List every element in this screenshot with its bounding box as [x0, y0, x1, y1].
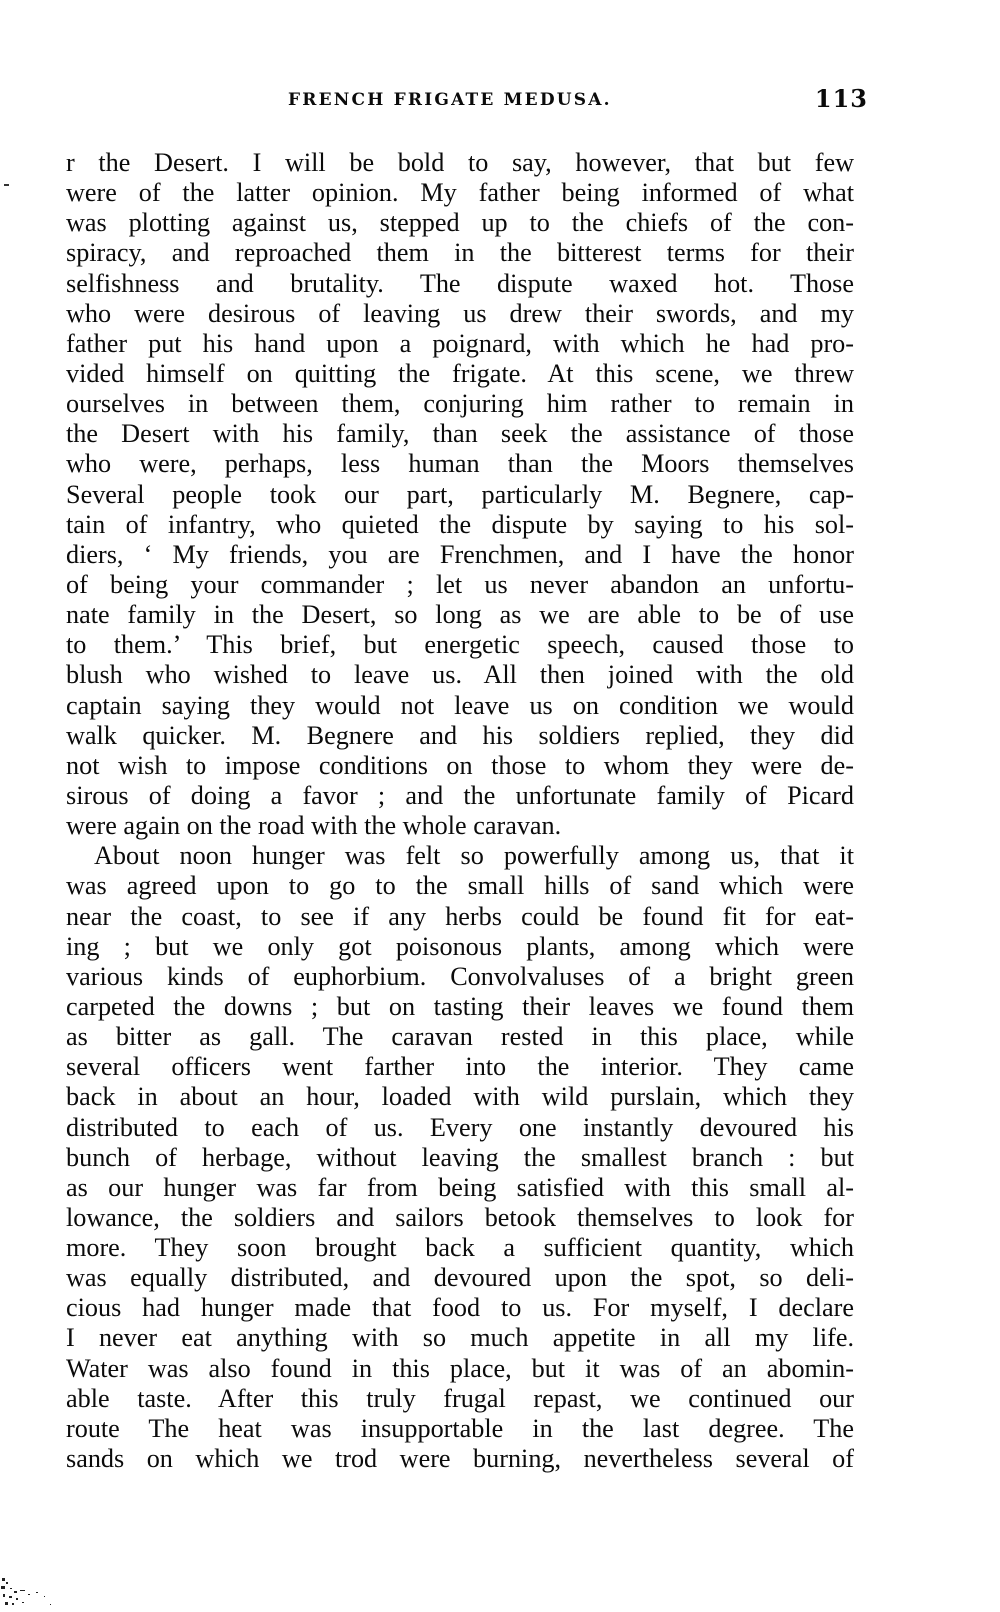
- text-line: was agreed upon to go to the small hills…: [66, 871, 854, 901]
- text-line: father put his hand upon a poignard, wit…: [66, 329, 854, 359]
- text-line: the Desert with his family, than seek th…: [66, 419, 854, 449]
- text-line: who were, perhaps, less human than the M…: [66, 449, 854, 479]
- text-line: distributed to each of us. Every one ins…: [66, 1113, 854, 1143]
- text-line: r the Desert. I will be bold to say, how…: [66, 148, 854, 178]
- text-line: route The heat was insupportable in the …: [66, 1414, 854, 1444]
- text-line: cious had hunger made that food to us. F…: [66, 1293, 854, 1323]
- text-line: selfishness and brutality. The dispute w…: [66, 269, 854, 299]
- text-line: more. They soon brought back a sufficien…: [66, 1233, 854, 1263]
- text-line: tain of infantry, who quieted the disput…: [66, 510, 854, 540]
- text-line: was plotting against us, stepped up to t…: [66, 208, 854, 238]
- text-line: back in about an hour, loaded with wild …: [66, 1082, 854, 1112]
- text-line: captain saying they would not leave us o…: [66, 691, 854, 721]
- text-line: were again on the road with the whole ca…: [66, 811, 854, 841]
- text-line: to them.’ This brief, but energetic spee…: [66, 630, 854, 660]
- text-line: various kinds of euphorbium. Convolvalus…: [66, 962, 854, 992]
- text-line: ing ; but we only got poisonous plants, …: [66, 932, 854, 962]
- text-line: walk quicker. M. Begnere and his soldier…: [66, 721, 854, 751]
- text-line: Several people took our part, particular…: [66, 480, 854, 510]
- text-line: several officers went farther into the i…: [66, 1052, 854, 1082]
- text-line: carpeted the downs ; but on tasting thei…: [66, 992, 854, 1022]
- text-line: as bitter as gall. The caravan rested in…: [66, 1022, 854, 1052]
- book-page: FRENCH FRIGATE MEDUSA. 113 r the Desert.…: [0, 0, 1000, 1612]
- text-line: not wish to impose conditions on those t…: [66, 751, 854, 781]
- text-line: was equally distributed, and devoured up…: [66, 1263, 854, 1293]
- text-line: of being your commander ; let us never a…: [66, 570, 854, 600]
- text-line: About noon hunger was felt so powerfully…: [66, 841, 854, 871]
- text-line: able taste. After this truly frugal repa…: [66, 1384, 854, 1414]
- text-line: lowance, the soldiers and sailors betook…: [66, 1203, 854, 1233]
- text-line: were of the latter opinion. My father be…: [66, 178, 854, 208]
- text-line: spiracy, and reproached them in the bitt…: [66, 238, 854, 268]
- text-line: bunch of herbage, without leaving the sm…: [66, 1143, 854, 1173]
- running-title: FRENCH FRIGATE MEDUSA.: [288, 90, 612, 110]
- text-line: ourselves in between them, conjuring him…: [66, 389, 854, 419]
- text-line: as our hunger was far from being satisfi…: [66, 1173, 854, 1203]
- body-text: r the Desert. I will be bold to say, how…: [66, 148, 854, 1474]
- text-line: diers, ‘ My friends, you are Frenchmen, …: [66, 540, 854, 570]
- text-line: nate family in the Desert, so long as we…: [66, 600, 854, 630]
- text-line: sirous of doing a favor ; and the unfort…: [66, 781, 854, 811]
- running-head: FRENCH FRIGATE MEDUSA. 113: [288, 86, 868, 116]
- margin-mark: [4, 184, 9, 186]
- text-line: I never eat anything with so much appeti…: [66, 1323, 854, 1353]
- text-line: who were desirous of leaving us drew the…: [66, 299, 854, 329]
- text-line: sands on which we trod were burning, nev…: [66, 1444, 854, 1474]
- page-number: 113: [815, 84, 868, 113]
- text-line: blush who wished to leave us. All then j…: [66, 660, 854, 690]
- text-line: Water was also found in this place, but …: [66, 1354, 854, 1384]
- scan-specks: [0, 1572, 70, 1612]
- text-line: vided himself on quitting the frigate. A…: [66, 359, 854, 389]
- text-line: near the coast, to see if any herbs coul…: [66, 902, 854, 932]
